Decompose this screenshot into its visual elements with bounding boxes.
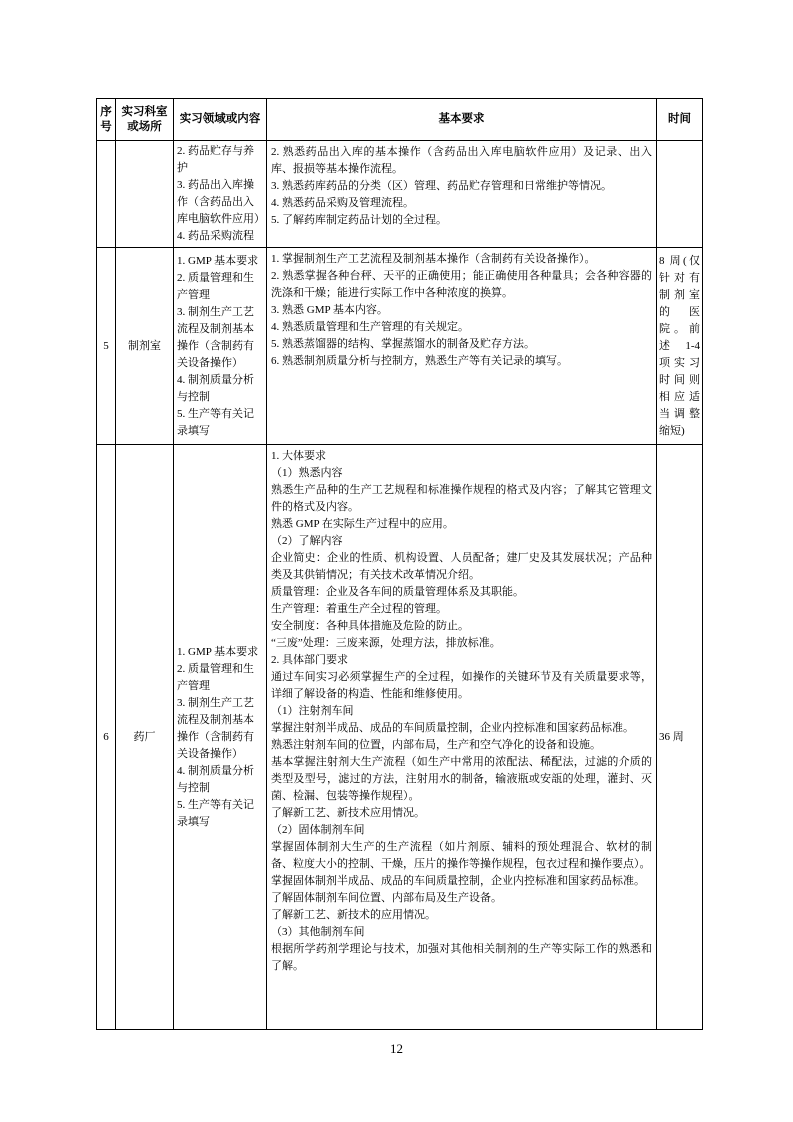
time-cell: 36 周 [657, 445, 703, 1030]
requirement-paragraph: （1）熟悉内容 [271, 465, 652, 482]
field-item: 4. 药品采购流程 [177, 228, 264, 245]
requirement-paragraph: 5. 熟悉蒸馏器的结构、掌握蒸馏水的制备及贮存方法。 [271, 336, 652, 353]
requirement-paragraph: 3. 熟悉 GMP 基本内容。 [271, 302, 652, 319]
table-row: 5制剂室1. GMP 基本要求2. 质量管理和生产管理3. 制剂生产工艺流程及制… [97, 248, 703, 445]
requirement-paragraph: （3）其他制剂车间 [271, 924, 652, 941]
requirements-cell: 1. 大体要求（1）熟悉内容熟悉生产品种的生产工艺规程和标准操作规程的格式及内容… [267, 445, 657, 1030]
header-fields: 实习领域或内容 [174, 99, 267, 141]
field-item: 1. GMP 基本要求 [177, 644, 264, 661]
field-item: 5. 生产等有关记录填写 [177, 797, 264, 831]
field-item: 3. 药品出入库操作（含药品出入库电脑软件应用） [177, 177, 264, 228]
requirement-paragraph: 掌握固体制剂半成品、成品的车间质量控制，企业内控标准和国家药品标准。 [271, 873, 652, 890]
document-page: 序号 实习科室或场所 实习领域或内容 基本要求 时间 2. 药品贮存与养护3. … [0, 0, 793, 1122]
header-place: 实习科室或场所 [116, 99, 174, 141]
header-time: 时间 [657, 99, 703, 141]
fields-cell: 1. GMP 基本要求2. 质量管理和生产管理3. 制剂生产工艺流程及制剂基本操… [174, 445, 267, 1030]
requirement-paragraph: 1. 掌握制剂生产工艺流程及制剂基本操作（含制药有关设备操作）。 [271, 251, 652, 268]
requirement-paragraph: （2）固体制剂车间 [271, 822, 652, 839]
requirement-paragraph: 6. 熟悉制剂质量分析与控制方，熟悉生产等有关记录的填写。 [271, 353, 652, 370]
requirement-paragraph: 3. 熟悉药库药品的分类（区）管理、药品贮存管理和日常维护等情况。 [271, 178, 652, 195]
requirement-paragraph: 熟悉生产品种的生产工艺规程和标准操作规程的格式及内容；了解其它管理文件的格式及内… [271, 482, 652, 516]
requirement-paragraph: 质量管理：企业及各车间的质量管理体系及其职能。 [271, 584, 652, 601]
fields-cell: 1. GMP 基本要求2. 质量管理和生产管理3. 制剂生产工艺流程及制剂基本操… [174, 248, 267, 445]
table-header-row: 序号 实习科室或场所 实习领域或内容 基本要求 时间 [97, 99, 703, 141]
place-cell: 药厂 [116, 445, 174, 1030]
time-cell [657, 141, 703, 248]
place-cell [116, 141, 174, 248]
time-text: 8 周(仅针对有制剂室的医院。前述 1-4 项实习时间则相应适当调整缩短) [659, 253, 700, 440]
requirement-paragraph: 安全制度：各种具体措施及危险的防止。 [271, 618, 652, 635]
requirement-paragraph: 企业简史：企业的性质、机构设置、人员配备；建厂史及其发展状况；产品种类及其供销情… [271, 550, 652, 584]
header-requirements: 基本要求 [267, 99, 657, 141]
place-cell: 制剂室 [116, 248, 174, 445]
requirement-paragraph: 通过车间实习必须掌握生产的全过程，如操作的关键环节及有关质量要求等，详细了解设备… [271, 669, 652, 703]
field-item: 2. 质量管理和生产管理 [177, 270, 264, 304]
internship-table: 序号 实习科室或场所 实习领域或内容 基本要求 时间 2. 药品贮存与养护3. … [96, 98, 703, 1030]
time-cell: 8 周(仅针对有制剂室的医院。前述 1-4 项实习时间则相应适当调整缩短) [657, 248, 703, 445]
requirement-paragraph: 掌握固体制剂大生产的生产流程（如片剂原、辅料的预处理混合、软材的制备、粒度大小的… [271, 839, 652, 873]
table-row: 6药厂1. GMP 基本要求2. 质量管理和生产管理3. 制剂生产工艺流程及制剂… [97, 445, 703, 1030]
requirement-paragraph: 了解固体制剂车间位置、内部布局及生产设备。 [271, 890, 652, 907]
requirement-paragraph: 2. 熟悉药品出入库的基本操作（含药品出入库电脑软件应用）及记录、出入库、报损等… [271, 144, 652, 178]
seq-cell: 6 [97, 445, 116, 1030]
field-item: 1. GMP 基本要求 [177, 253, 264, 270]
page-number: 12 [0, 1041, 793, 1057]
fields-cell: 2. 药品贮存与养护3. 药品出入库操作（含药品出入库电脑软件应用）4. 药品采… [174, 141, 267, 248]
header-seq: 序号 [97, 99, 116, 141]
requirement-paragraph: （1）注射剂车间 [271, 703, 652, 720]
time-text: 36 周 [659, 729, 700, 746]
requirement-paragraph: 掌握注射剂半成品、成品的车间质量控制，企业内控标准和国家药品标准。 [271, 720, 652, 737]
requirement-paragraph: 4. 熟悉质量管理和生产管理的有关规定。 [271, 319, 652, 336]
field-item: 3. 制剂生产工艺流程及制剂基本操作（含制药有关设备操作） [177, 695, 264, 763]
requirement-paragraph: 基本掌握注射剂大生产流程（如生产中常用的浓配法、稀配法，过滤的介质的类型及型号，… [271, 754, 652, 805]
seq-cell: 5 [97, 248, 116, 445]
requirement-paragraph: 根据所学药剂学理论与技术，加强对其他相关制剂的生产等实际工作的熟悉和了解。 [271, 941, 652, 975]
table-body: 2. 药品贮存与养护3. 药品出入库操作（含药品出入库电脑软件应用）4. 药品采… [97, 141, 703, 1030]
field-item: 2. 药品贮存与养护 [177, 143, 264, 177]
field-item: 4. 制剂质量分析与控制 [177, 372, 264, 406]
field-item: 3. 制剂生产工艺流程及制剂基本操作（含制药有关设备操作） [177, 304, 264, 372]
requirement-paragraph: 2. 熟悉掌握各种台秤、天平的正确使用；能正确使用各种量具；会各种容器的洗涤和干… [271, 268, 652, 302]
field-item: 2. 质量管理和生产管理 [177, 661, 264, 695]
requirement-paragraph: 1. 大体要求 [271, 448, 652, 465]
requirement-paragraph: （2）了解内容 [271, 533, 652, 550]
requirements-cell: 1. 掌握制剂生产工艺流程及制剂基本操作（含制药有关设备操作）。2. 熟悉掌握各… [267, 248, 657, 445]
requirement-paragraph: 熟悉注射剂车间的位置，内部布局，生产和空气净化的设备和设施。 [271, 737, 652, 754]
requirement-paragraph: 了解新工艺、新技术应用情况。 [271, 805, 652, 822]
table-row: 2. 药品贮存与养护3. 药品出入库操作（含药品出入库电脑软件应用）4. 药品采… [97, 141, 703, 248]
requirement-paragraph: “三废”处理：三废来源，处理方法，排放标准。 [271, 635, 652, 652]
field-item: 4. 制剂质量分析与控制 [177, 763, 264, 797]
requirement-paragraph: 2. 具体部门要求 [271, 652, 652, 669]
requirement-paragraph: 了解新工艺、新技术的应用情况。 [271, 907, 652, 924]
seq-cell [97, 141, 116, 248]
requirement-paragraph: 熟悉 GMP 在实际生产过程中的应用。 [271, 516, 652, 533]
requirement-paragraph: 生产管理：着重生产全过程的管理。 [271, 601, 652, 618]
requirement-paragraph: 5. 了解药库制定药品计划的全过程。 [271, 212, 652, 229]
requirement-paragraph: 4. 熟悉药品采购及管理流程。 [271, 195, 652, 212]
field-item: 5. 生产等有关记录填写 [177, 406, 264, 440]
requirements-cell: 2. 熟悉药品出入库的基本操作（含药品出入库电脑软件应用）及记录、出入库、报损等… [267, 141, 657, 248]
